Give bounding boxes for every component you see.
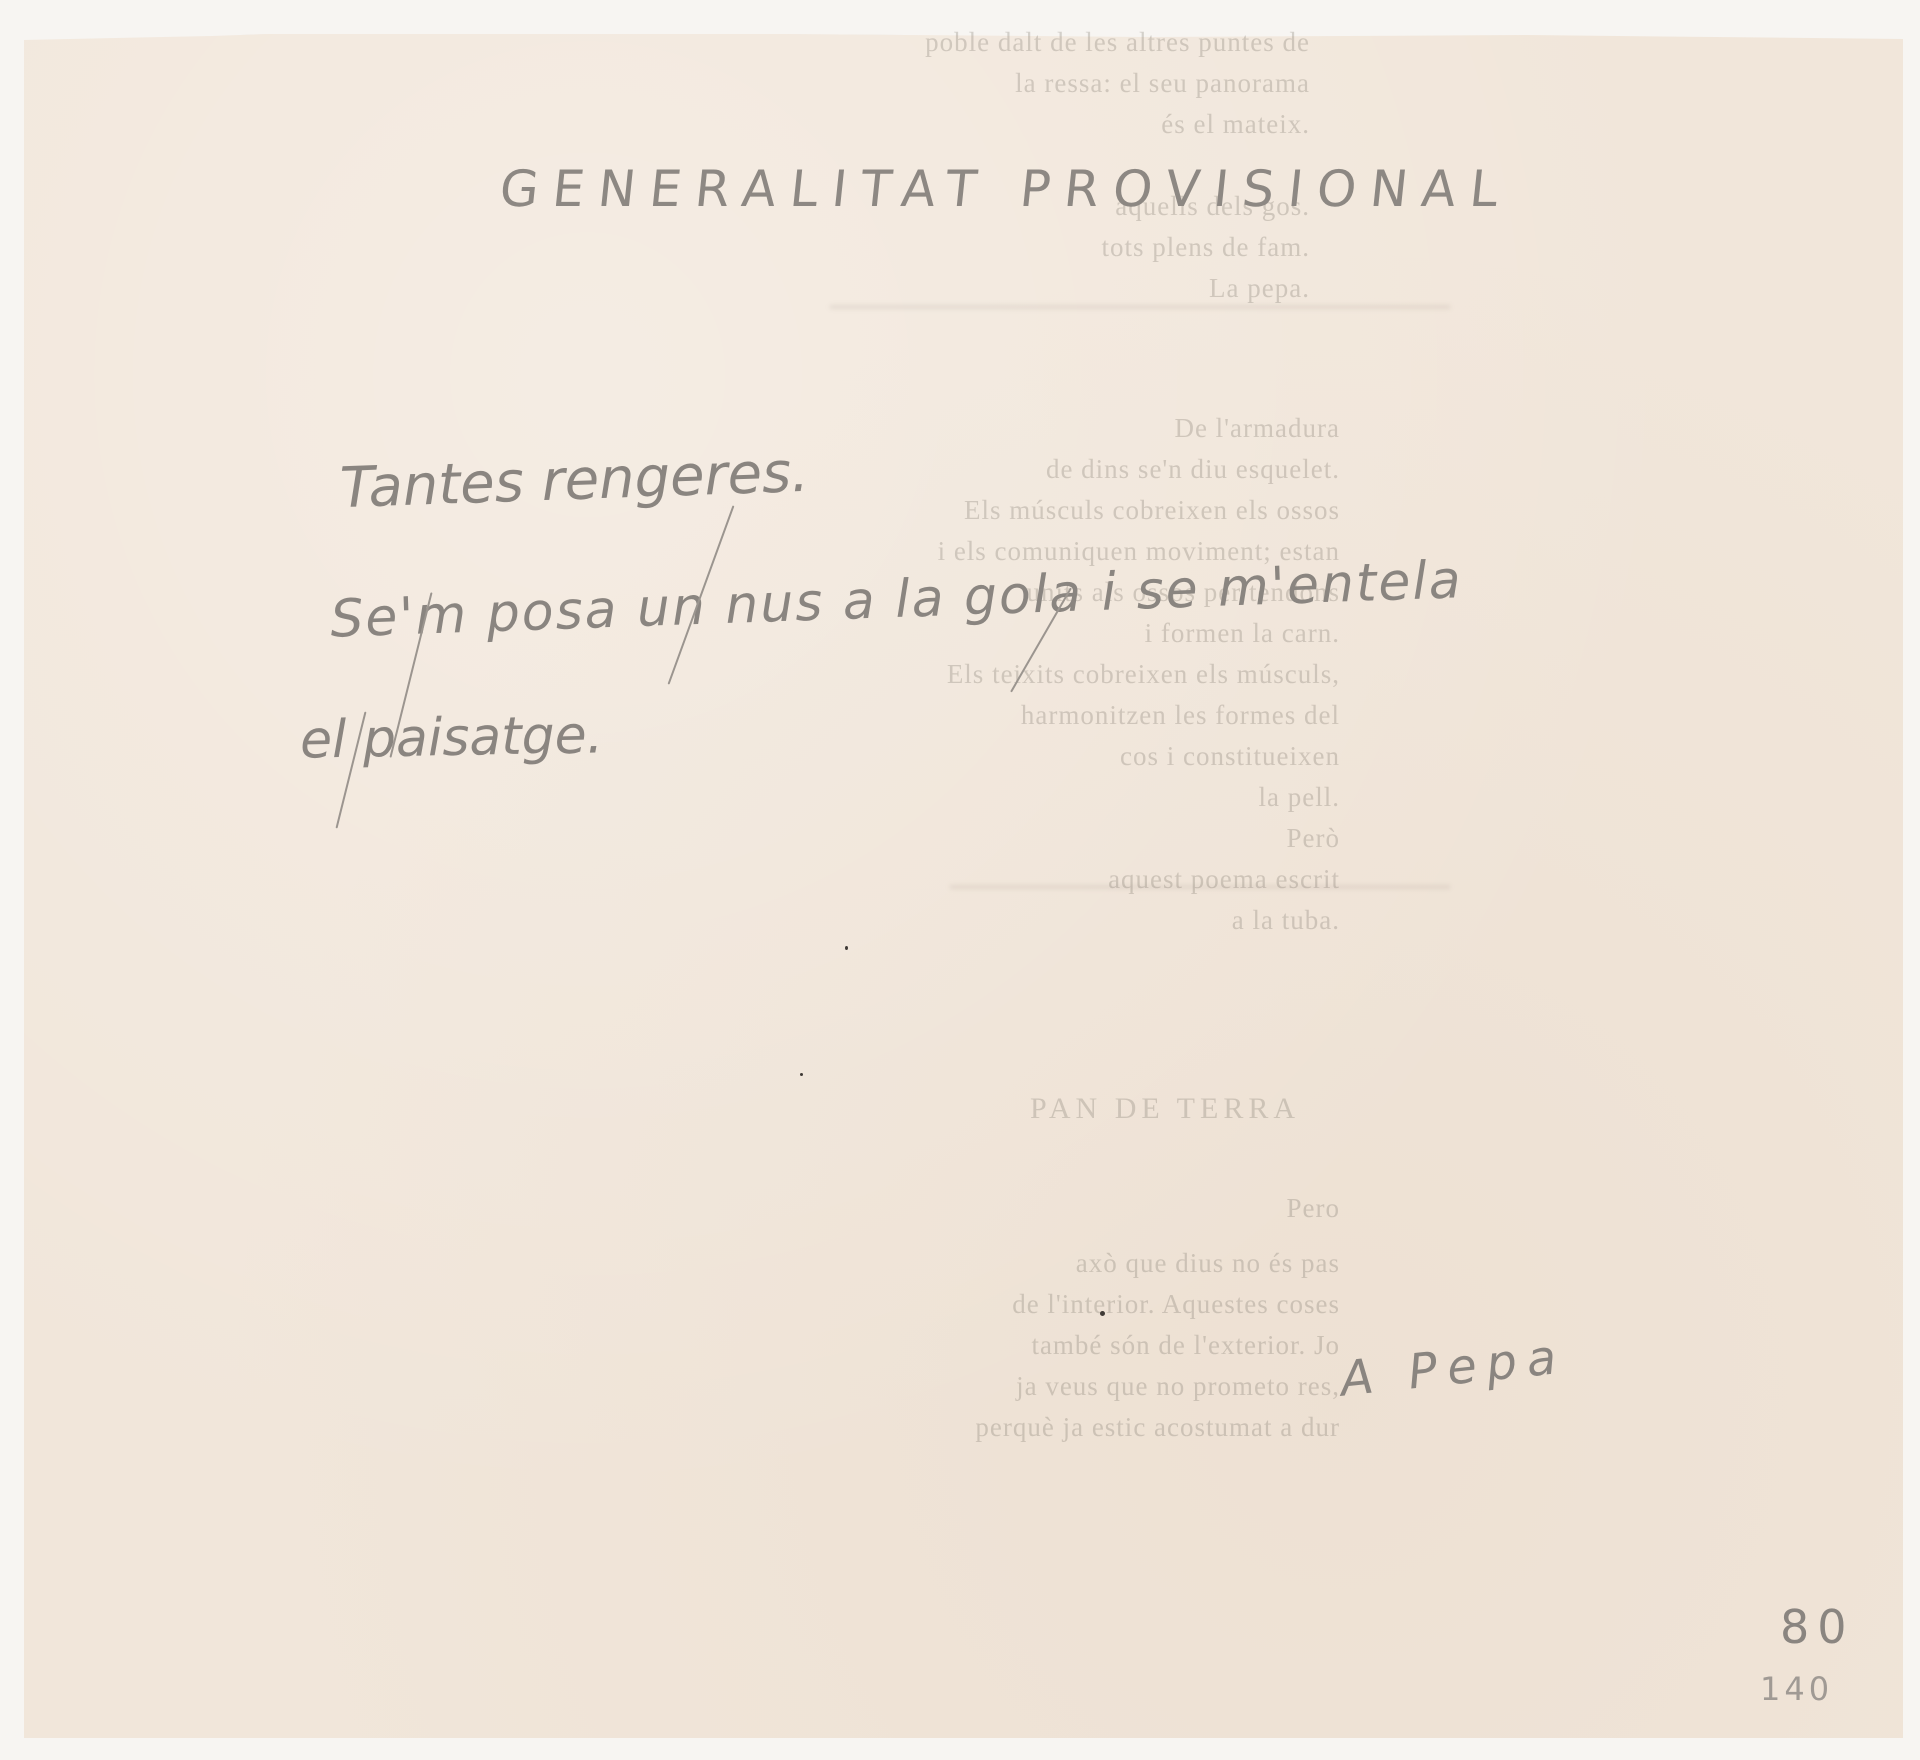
bleed-line: a la tuba.: [700, 900, 1340, 941]
bleed-line: també són de l'exterior. Jo: [800, 1325, 1340, 1366]
bleed-line: tots plens de fam.: [620, 227, 1310, 268]
paper-speck: [1100, 1311, 1105, 1316]
handwritten-line: el paisatge.: [299, 705, 603, 770]
page-number-secondary: 140: [1760, 1670, 1833, 1708]
bleed-line: axò que dius no és pas: [800, 1243, 1340, 1284]
bleed-line: La pepa.: [620, 268, 1310, 309]
bleed-line: és el mateix.: [620, 104, 1310, 145]
bleed-line: cos i constitueixen: [700, 736, 1340, 777]
bleed-line: ja veus que no prometo res,: [800, 1366, 1340, 1407]
handwritten-title: GENERALITAT PROVISIONAL: [497, 160, 1515, 218]
bleed-line: Pero: [800, 1188, 1340, 1229]
bleed-line: aquest poema escrit: [700, 859, 1340, 900]
bleed-section-title: PAN DE TERRA: [1000, 1088, 1300, 1129]
bleed-through-bottom: Pero axò que dius no és pas de l'interio…: [800, 1188, 1340, 1448]
page-number: 80: [1780, 1600, 1855, 1654]
paper-speck: [845, 946, 848, 950]
bleed-line: perquè ja estic acostumat a dur: [800, 1407, 1340, 1448]
bleed-line: Però: [700, 818, 1340, 859]
bleed-line: la pell.: [700, 777, 1340, 818]
bleed-line: harmonitzen les formes del: [700, 695, 1340, 736]
paper-speck: [800, 1073, 803, 1076]
bleed-line: de l'interior. Aquestes coses: [800, 1284, 1340, 1325]
bleed-rule: [830, 305, 1450, 309]
bleed-rule: [950, 885, 1450, 889]
bleed-line: poble dalt de les altres puntes de: [620, 22, 1310, 63]
bleed-line: la ressa: el seu panorama: [620, 63, 1310, 104]
